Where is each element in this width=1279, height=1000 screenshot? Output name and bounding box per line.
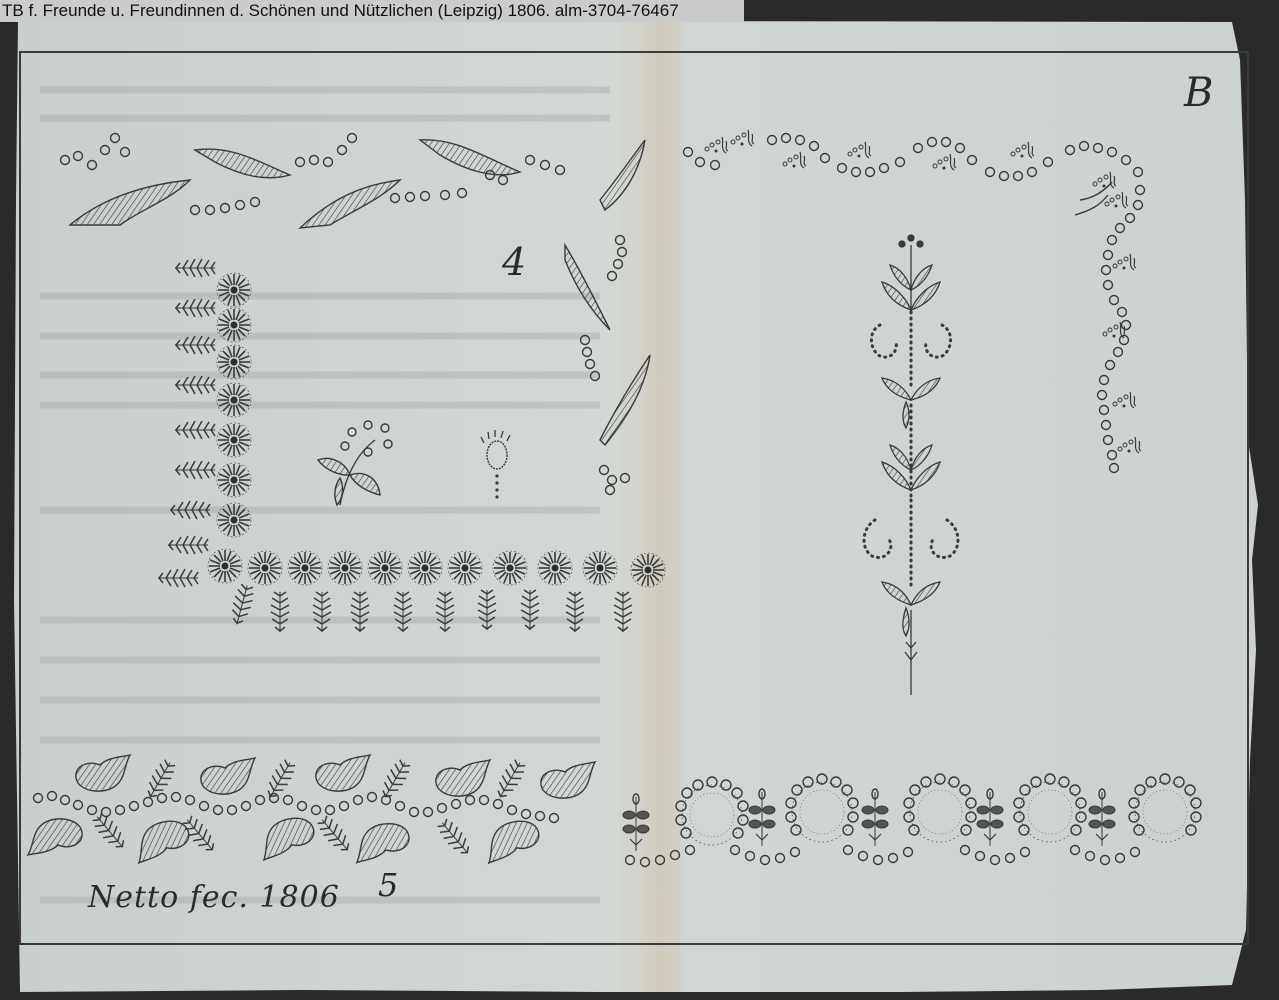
plate-number-5: 5 <box>378 866 398 904</box>
plate-number-4: 4 <box>502 240 526 284</box>
image-caption: TB f. Freunde u. Freundinnen d. Schönen … <box>0 0 744 22</box>
plate-letter-b: B <box>1184 70 1213 116</box>
engraver-signature: Netto fec. 1806 <box>88 880 340 915</box>
engraved-plate: 4 5 B Netto fec. 1806 <box>0 0 1279 1000</box>
